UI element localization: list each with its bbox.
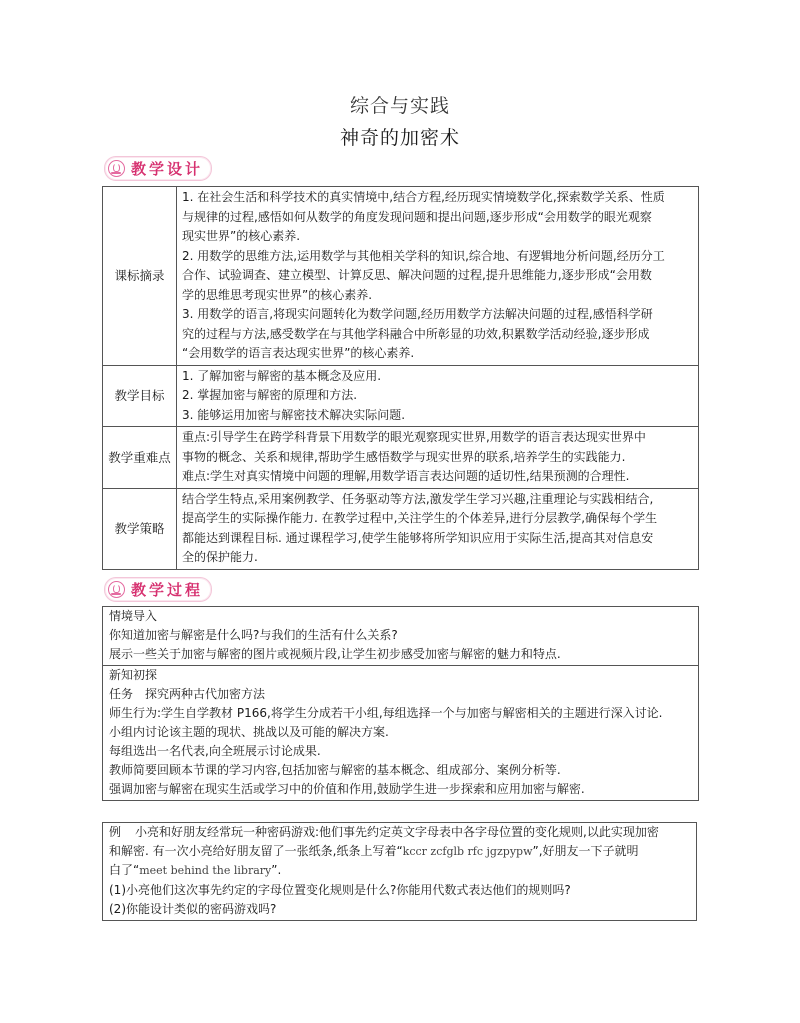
text-line: 结合学生特点,采用案例教学、任务驱动等方法,激发学生学习兴趣,注重理论与实践相结… bbox=[182, 490, 694, 510]
cipher-text: kccr zcfglb rfc jgzpypw bbox=[403, 845, 533, 858]
text-line: 2. 掌握加密与解密的原理和方法. bbox=[182, 386, 694, 406]
row-content: 1. 在社会生活和科学技术的真实情境中,结合方程,经历现实情境数学化,探索数学关… bbox=[177, 187, 699, 366]
text-line: 展示一些关于加密与解密的图片或视频片段,让学生初步感受加密与解密的魅力和特点. bbox=[109, 645, 694, 664]
section-label: 教学设计 bbox=[131, 158, 203, 179]
page-title: 综合与实践 bbox=[0, 91, 800, 118]
text-fragment: ”,好朋友一下子就明 bbox=[533, 844, 639, 858]
text-line: 学的思维思考现实世界”的核心素养. bbox=[182, 286, 694, 306]
text-line: 事物的概念、关系和规律,帮助学生感悟数学与现实世界的联系,培养学生的实践能力. bbox=[182, 448, 694, 468]
plain-text: meet behind the library bbox=[139, 864, 271, 877]
text-line: 重点:引导学生在跨学科背景下用数学的眼光观察现实世界,用数学的语言表达现实世界中 bbox=[182, 428, 694, 448]
page-subtitle: 神奇的加密术 bbox=[0, 123, 800, 150]
text-line: 强调加密与解密在现实生活或学习中的价值和作用,鼓励学生进一步探索和应用加密与解密… bbox=[109, 780, 694, 799]
section-badge-design: 教学设计 bbox=[104, 156, 212, 181]
text-line: 3. 用数学的语言,将现实问题转化为数学问题,经历用数学方法解决问题的过程,感悟… bbox=[182, 305, 694, 325]
example-line: 例小亮和好朋友经常玩一种密码游戏:他们事先约定英文字母表中各字母位置的变化规则,… bbox=[109, 823, 692, 842]
text-line: 与规律的过程,感悟如何从数学的角度发现问题和提出问题,逐步形成“会用数学的眼光观… bbox=[182, 208, 694, 228]
block-heading: 情境导入 bbox=[109, 607, 694, 626]
example-prefix: 例 bbox=[109, 825, 121, 839]
text-line: 合作、试验调查、建立模型、计算反思、解决问题的过程,提升思维能力,逐步形成“会用… bbox=[182, 266, 694, 286]
lightbulb-icon bbox=[108, 160, 125, 177]
table-row: 课标摘录 1. 在社会生活和科学技术的真实情境中,结合方程,经历现实情境数学化,… bbox=[103, 187, 699, 366]
table-row: 教学策略 结合学生特点,采用案例教学、任务驱动等方法,激发学生学习兴趣,注重理论… bbox=[103, 488, 699, 569]
design-table: 课标摘录 1. 在社会生活和科学技术的真实情境中,结合方程,经历现实情境数学化,… bbox=[102, 186, 699, 570]
text-line: 全的保护能力. bbox=[182, 548, 694, 568]
text-line: 每组选出一名代表,向全班展示讨论成果. bbox=[109, 742, 694, 761]
process-block-explore: 新知初探 任务 探究两种古代加密方法 师生行为:学生自学教材 P166,将学生分… bbox=[103, 665, 698, 800]
question-1: (1)小亮他们这次事先约定的字母位置变化规则是什么?你能用代数式表达他们的规则吗… bbox=[109, 881, 692, 900]
question-2: (2)你能设计类似的密码游戏吗? bbox=[109, 900, 692, 919]
task-line: 任务 探究两种古代加密方法 bbox=[109, 685, 694, 704]
table-row: 教学重难点 重点:引导学生在跨学科背景下用数学的眼光观察现实世界,用数学的语言表… bbox=[103, 427, 699, 489]
text-line: 教师简要回顾本节课的学习内容,包括加密与解密的基本概念、组成部分、案例分析等. bbox=[109, 761, 694, 780]
row-label: 教学重难点 bbox=[103, 427, 177, 489]
text-line: 1. 在社会生活和科学技术的真实情境中,结合方程,经历现实情境数学化,探索数学关… bbox=[182, 188, 694, 208]
row-content: 结合学生特点,采用案例教学、任务驱动等方法,激发学生学习兴趣,注重理论与实践相结… bbox=[177, 488, 699, 569]
text-line: 究的过程与方法,感受数学在与其他学科融合中所彰显的功效,积累数学活动经验,逐步形… bbox=[182, 325, 694, 345]
text-line: 小亮和好朋友经常玩一种密码游戏:他们事先约定英文字母表中各字母位置的变化规则,以… bbox=[135, 825, 659, 839]
section-label: 教学过程 bbox=[131, 579, 203, 600]
text-line: 提高学生的实际操作能力. 在教学过程中,关注学生的个体差异,进行分层教学,确保每… bbox=[182, 509, 694, 529]
row-content: 重点:引导学生在跨学科背景下用数学的眼光观察现实世界,用数学的语言表达现实世界中… bbox=[177, 427, 699, 489]
example-line: 白了“meet behind the library”. bbox=[109, 861, 692, 880]
row-label: 课标摘录 bbox=[103, 187, 177, 366]
text-line: 师生行为:学生自学教材 P166,将学生分成若干小组,每组选择一个与加密与解密相… bbox=[109, 704, 694, 723]
text-line: 1. 了解加密与解密的基本概念及应用. bbox=[182, 367, 694, 387]
text-line: 难点:学生对真实情境中问题的理解,用数学语言表达问题的适切性,结果预测的合理性. bbox=[182, 467, 694, 487]
text-line: “会用数学的语言表达现实世界”的核心素养. bbox=[182, 344, 694, 364]
table-row: 教学目标 1. 了解加密与解密的基本概念及应用. 2. 掌握加密与解密的原理和方… bbox=[103, 365, 699, 427]
section-badge-process: 教学过程 bbox=[104, 577, 212, 602]
example-line: 和解密. 有一次小亮给好朋友留了一张纸条,纸条上写着“kccr zcfglb r… bbox=[109, 842, 692, 861]
process-box: 情境导入 你知道加密与解密是什么吗?与我们的生活有什么关系? 展示一些关于加密与… bbox=[102, 606, 699, 801]
lightbulb-icon bbox=[108, 581, 125, 598]
text-line: 现实世界”的核心素养. bbox=[182, 227, 694, 247]
block-heading: 新知初探 bbox=[109, 666, 694, 685]
text-line: 2. 用数学的思维方法,运用数学与其他相关学科的知识,综合地、有逻辑地分析问题,… bbox=[182, 247, 694, 267]
row-content: 1. 了解加密与解密的基本概念及应用. 2. 掌握加密与解密的原理和方法. 3.… bbox=[177, 365, 699, 427]
process-block-intro: 情境导入 你知道加密与解密是什么吗?与我们的生活有什么关系? 展示一些关于加密与… bbox=[103, 607, 698, 665]
row-label: 教学策略 bbox=[103, 488, 177, 569]
example-box: 例小亮和好朋友经常玩一种密码游戏:他们事先约定英文字母表中各字母位置的变化规则,… bbox=[102, 822, 697, 921]
text-fragment: 白了“ bbox=[109, 863, 139, 877]
text-fragment: ”. bbox=[271, 863, 281, 877]
text-line: 3. 能够运用加密与解密技术解决实际问题. bbox=[182, 406, 694, 426]
text-line: 都能达到课程目标. 通过课程学习,使学生能够将所学知识应用于实际生活,提高其对信… bbox=[182, 529, 694, 549]
text-line: 你知道加密与解密是什么吗?与我们的生活有什么关系? bbox=[109, 626, 694, 645]
text-fragment: 和解密. 有一次小亮给好朋友留了一张纸条,纸条上写着“ bbox=[109, 844, 403, 858]
text-line: 小组内讨论该主题的现状、挑战以及可能的解决方案. bbox=[109, 723, 694, 742]
row-label: 教学目标 bbox=[103, 365, 177, 427]
